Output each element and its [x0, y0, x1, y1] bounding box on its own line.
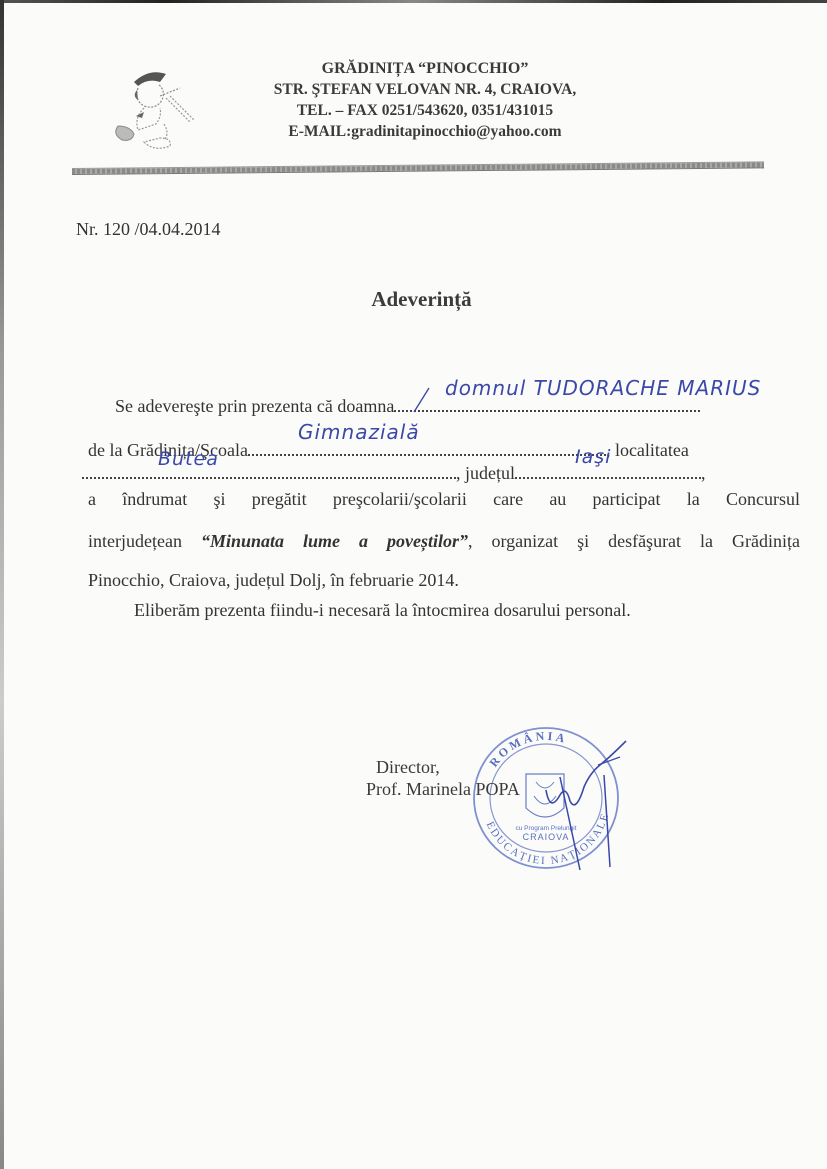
institution-phone: TEL. – FAX 0251/543620, 0351/431015	[215, 100, 635, 121]
letterhead: GRĂDINIȚA “PINOCCHIO” STR. ŞTEFAN VELOVA…	[215, 58, 635, 142]
registration-number: Nr. 120 /04.04.2014	[76, 219, 221, 240]
handwritten-name: domnul TUDORACHE MARIUS	[445, 376, 761, 400]
fill-line-locality	[82, 463, 456, 479]
paragraph-1-line-3: Pinocchio, Craiova, județul Dolj, în feb…	[88, 570, 459, 591]
institution-name: GRĂDINIȚA “PINOCCHIO”	[215, 58, 635, 79]
body-line-2-suffix: , localitatea	[606, 440, 689, 460]
registration-label: Nr.	[76, 219, 99, 239]
paragraph-1-line-1: a îndrumat şi pregătit preşcolarii/şcola…	[88, 489, 800, 510]
body-line-3-suffix: ,	[701, 463, 706, 483]
signatory-name: Prof. Marinela POPA	[366, 778, 520, 800]
institution-address: STR. ŞTEFAN VELOVAN NR. 4, CRAIOVA,	[215, 79, 635, 100]
signatory-role: Director,	[366, 756, 520, 778]
institution-email: E-MAIL:gradinitapinocchio@yahoo.com	[215, 121, 635, 142]
letterhead-divider	[72, 161, 764, 175]
strikethrough-mark	[412, 386, 432, 414]
body-line-1-text: Se adevereşte prin prezenta că doamna	[115, 396, 394, 416]
handwritten-signature	[540, 735, 635, 875]
handwritten-school: Gimnazială	[298, 420, 420, 444]
paragraph-1-line-2-suffix: , organizat şi desfăşurat la Grădinița	[468, 531, 800, 551]
contest-name: “Minunata lume a poveștilor”	[201, 531, 468, 551]
handwritten-county: Iaşi	[575, 446, 611, 468]
paragraph-1-line-2-prefix: interjudețean	[88, 531, 201, 551]
registration-value: 120 /04.04.2014	[103, 219, 221, 239]
paragraph-1-line-2: interjudețean “Minunata lume a poveștilo…	[88, 531, 800, 552]
signature-block: Director, Prof. Marinela POPA	[366, 756, 520, 800]
body-line-3-mid: , județul	[456, 463, 515, 483]
scan-edge-left	[0, 0, 4, 1169]
handwritten-locality: Butea	[158, 448, 219, 470]
pinocchio-drawing-icon	[104, 60, 214, 155]
document-title: Adeverință	[0, 287, 827, 312]
paragraph-2: Eliberăm prezenta fiindu-i necesară la î…	[134, 600, 631, 621]
scan-edge-top	[0, 0, 827, 3]
